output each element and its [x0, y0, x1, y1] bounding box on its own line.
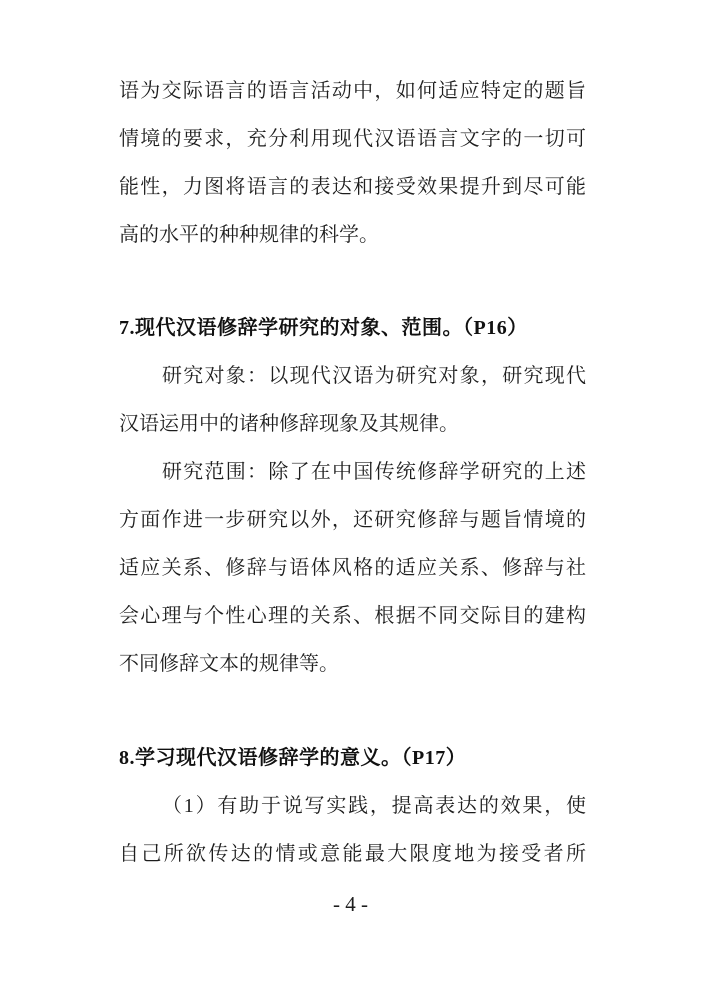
page-number: - 4 -: [0, 890, 701, 918]
document-page: 语为交际语言的语言活动中，如何适应特定的题旨 情境的要求，充分利用现代汉语语言文…: [0, 0, 701, 1001]
section7-scope-line: 研究范围：除了在中国传统修辞学研究的上述: [119, 448, 586, 496]
page-body: 语为交际语言的语言活动中，如何适应特定的题旨 情境的要求，充分利用现代汉语语言文…: [119, 67, 586, 878]
intro-paragraph-line: 情境的要求，充分利用现代汉语语言文字的一切可: [119, 115, 586, 163]
section8-point1-line: （1）有助于说写实践，提高表达的效果，使: [119, 782, 586, 830]
section8-point1-line: 自己所欲传达的情或意能最大限度地为接受者所: [119, 830, 586, 878]
section7-scope-line: 适应关系、修辞与语体风格的适应关系、修辞与社: [119, 544, 586, 592]
intro-paragraph-line: 高的水平的种种规律的科学。: [119, 211, 586, 259]
section7-object-line: 汉语运用中的诸种修辞现象及其规律。: [119, 400, 586, 448]
section7-heading: 7.现代汉语修辞学研究的对象、范围。（P16）: [119, 304, 586, 352]
section-gap: [119, 259, 586, 304]
section7-scope-line: 不同修辞文本的规律等。: [119, 640, 586, 688]
section8-heading: 8.学习现代汉语修辞学的意义。（P17）: [119, 734, 586, 782]
intro-paragraph-line: 能性，力图将语言的表达和接受效果提升到尽可能: [119, 163, 586, 211]
section7-scope-line: 会心理与个性心理的关系、根据不同交际目的建构: [119, 592, 586, 640]
section7-object-line: 研究对象：以现代汉语为研究对象，研究现代: [119, 352, 586, 400]
intro-paragraph-line: 语为交际语言的语言活动中，如何适应特定的题旨: [119, 67, 586, 115]
section-gap: [119, 688, 586, 734]
section7-scope-line: 方面作进一步研究以外，还研究修辞与题旨情境的: [119, 496, 586, 544]
